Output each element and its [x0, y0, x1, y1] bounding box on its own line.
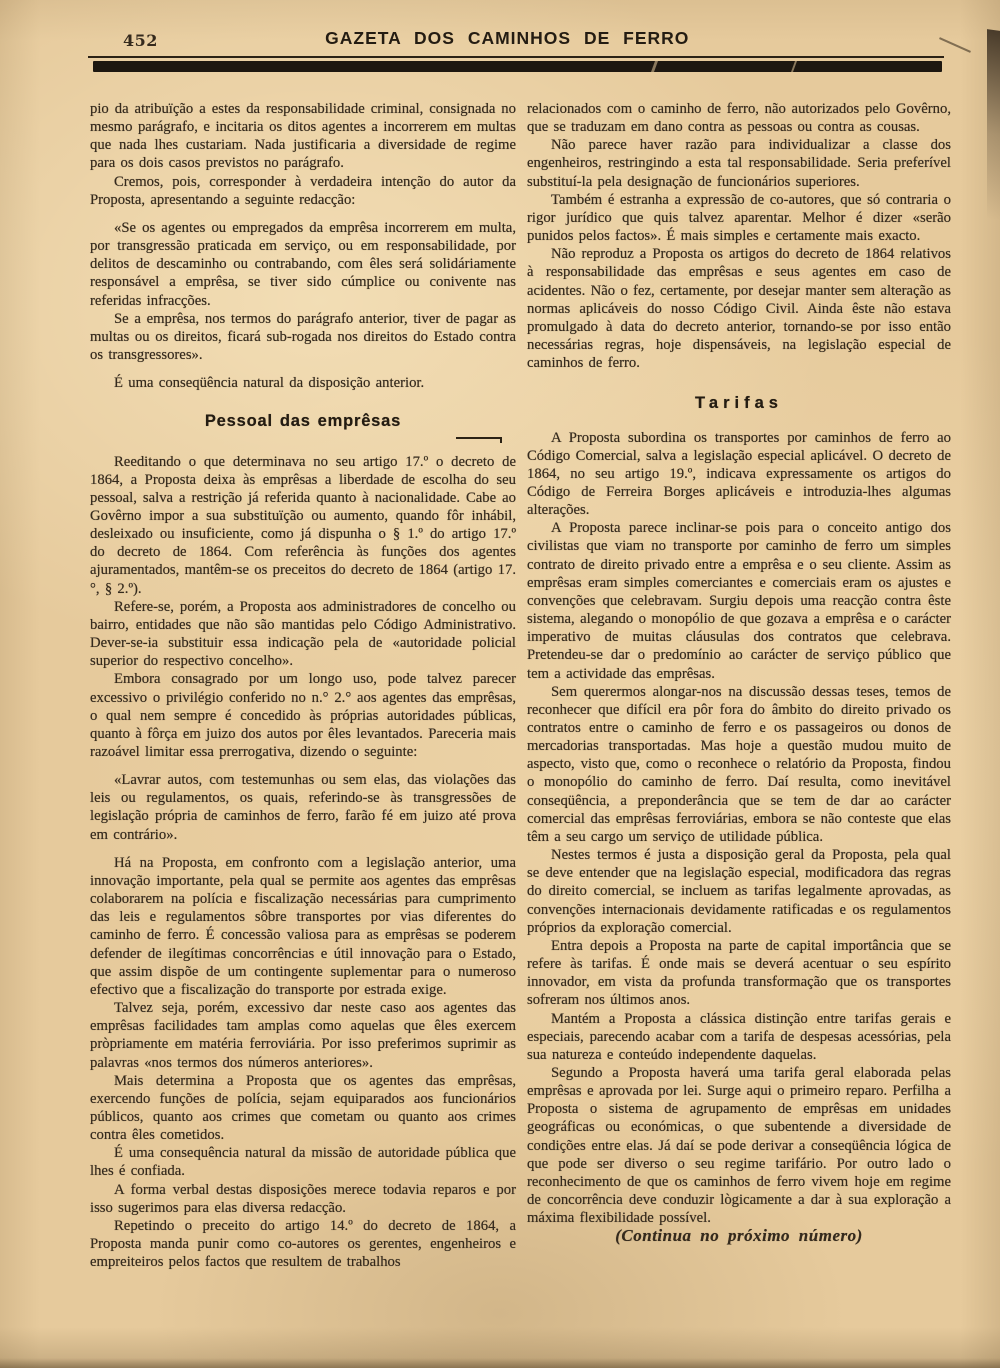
scanned-gazette-page: 452 GAZETA DOS CAMINHOS DE FERRO pio da …: [0, 0, 1000, 1368]
header-rule-thick: [93, 61, 942, 72]
paragraph: Repetindo o preceito do artigo 14.º do d…: [90, 1217, 516, 1271]
header-rule-thin: [88, 56, 944, 58]
paragraph: Refere-se, porém, a Proposta aos adminis…: [90, 598, 516, 671]
continuation-note: (Continua no próximo número): [527, 1227, 951, 1245]
page-number: 452: [123, 31, 158, 50]
scan-edge-smudge: [987, 29, 1000, 221]
paragraph: É uma conseqüência natural da disposição…: [90, 374, 516, 392]
paragraph: Nestes termos é justa a disposição geral…: [527, 846, 951, 937]
paragraph: Reeditando o que determinava no seu arti…: [90, 453, 516, 598]
right-column: relacionados com o caminho de ferro, não…: [527, 100, 951, 1246]
paragraph: Entra depois a Proposta na parte de capi…: [527, 937, 951, 1010]
quoted-paragraph: Se a emprêsa, nos termos do parágrafo an…: [90, 310, 516, 364]
paragraph: É uma consequência natural da missão de …: [90, 1144, 516, 1180]
paragraph: A forma verbal destas disposições merece…: [90, 1181, 516, 1217]
section-heading-pessoal: Pessoal das emprêsas: [90, 412, 516, 430]
paragraph: A Proposta subordina os transportes por …: [527, 429, 951, 520]
paragraph: Não parece haver razão para individualiz…: [527, 136, 951, 190]
paragraph: Não reproduz a Proposta os artigos do de…: [527, 245, 951, 372]
masthead-title: GAZETA DOS CAMINHOS DE FERRO: [325, 28, 689, 49]
paragraph: Há na Proposta, em confronto com a legis…: [90, 854, 516, 999]
paragraph: Sem querermos alongar-nos na discussão d…: [527, 683, 951, 846]
paragraph: Talvez seja, porém, excessivo dar neste …: [90, 999, 516, 1072]
paragraph: Também é estranha a expressão de co-auto…: [527, 191, 951, 245]
paragraph: Embora consagrado por um longo uso, pode…: [90, 670, 516, 761]
quoted-paragraph: «Se os agentes ou empregados da emprêsa …: [90, 219, 516, 310]
left-column: pio da atribuïção a estes da responsabil…: [90, 100, 516, 1271]
scan-scratch-mark: [939, 37, 971, 53]
paragraph: A Proposta parece inclinar-se pois para …: [527, 519, 951, 682]
quoted-paragraph: «Lavrar autos, com testemunhas ou sem el…: [90, 771, 516, 844]
heading-ornament-dash: [456, 437, 502, 439]
paragraph: pio da atribuïção a estes da responsabil…: [90, 100, 516, 173]
section-heading-tarifas: Tarifas: [527, 394, 951, 412]
paragraph: Mais determina a Proposta que os agentes…: [90, 1072, 516, 1145]
paragraph: Cremos, pois, corresponder à verdadeira …: [90, 173, 516, 209]
scan-bottom-edge: [0, 1358, 1000, 1368]
paragraph: Mantém a Proposta a clássica distinção e…: [527, 1010, 951, 1064]
paragraph: relacionados com o caminho de ferro, não…: [527, 100, 951, 136]
paragraph: Segundo a Proposta haverá uma tarifa ger…: [527, 1064, 951, 1227]
